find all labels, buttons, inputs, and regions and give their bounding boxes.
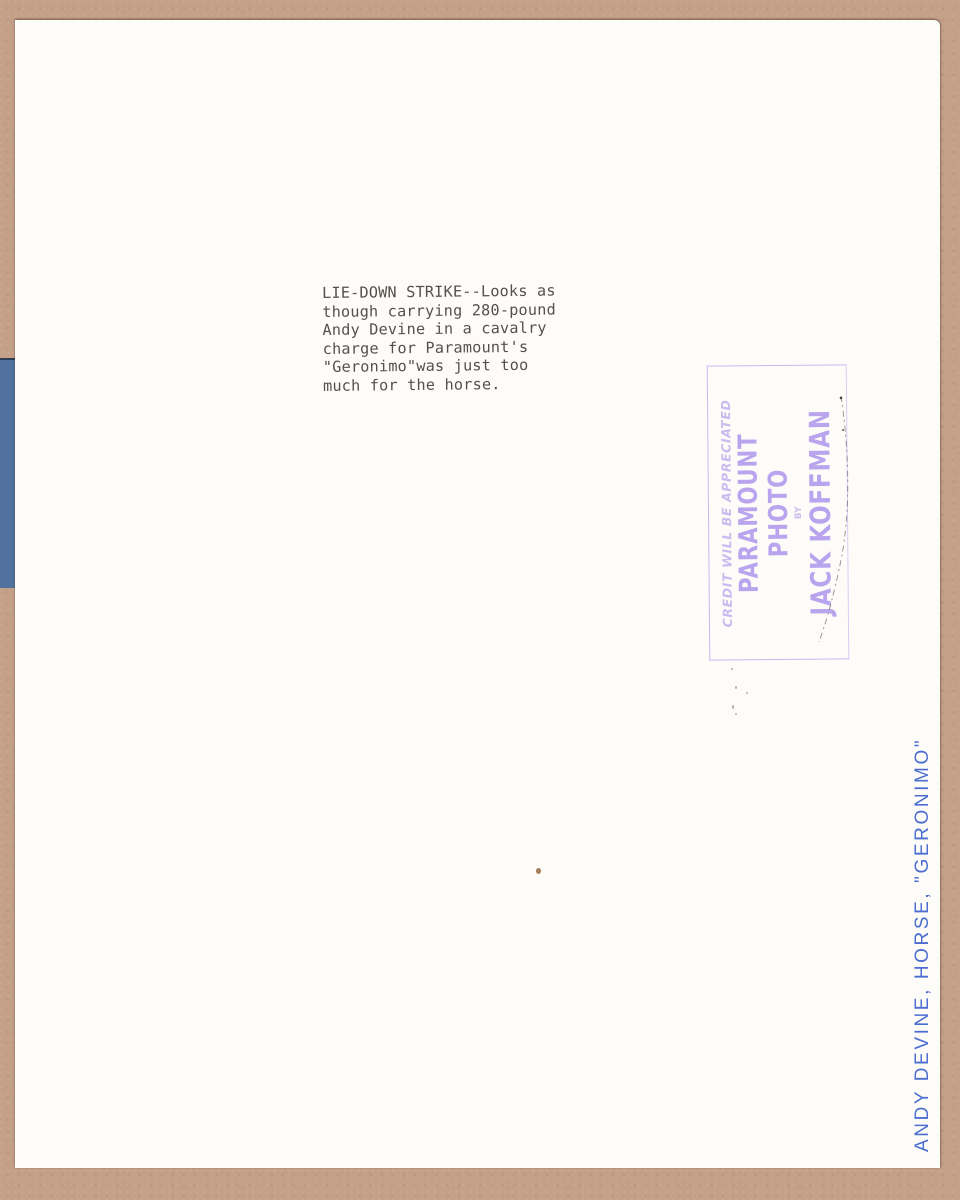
caption-line: LIE-DOWN STRIKE--Looks as xyxy=(322,282,556,303)
typed-caption: LIE-DOWN STRIKE--Looks asthough carrying… xyxy=(322,282,557,395)
caption-line: Andy Devine in a cavalry xyxy=(322,319,556,340)
caption-line: "Geronimo"was just too xyxy=(323,356,557,377)
photo-paper: LIE-DOWN STRIKE--Looks asthough carrying… xyxy=(15,20,940,1168)
caption-line: though carrying 280-pound xyxy=(322,300,556,321)
pencil-arc-mark xyxy=(815,390,875,650)
caption-line: charge for Paramount's xyxy=(323,337,557,358)
handwritten-note: ANDY DEVINE, HORSE, "GERONIMO" xyxy=(912,652,934,1152)
stamp-studio-line: PARAMOUNT PHOTO xyxy=(733,396,795,630)
caption-line: much for the horse. xyxy=(323,374,557,395)
blue-backing-strip xyxy=(0,358,15,588)
brown-stain-dot xyxy=(536,868,541,874)
